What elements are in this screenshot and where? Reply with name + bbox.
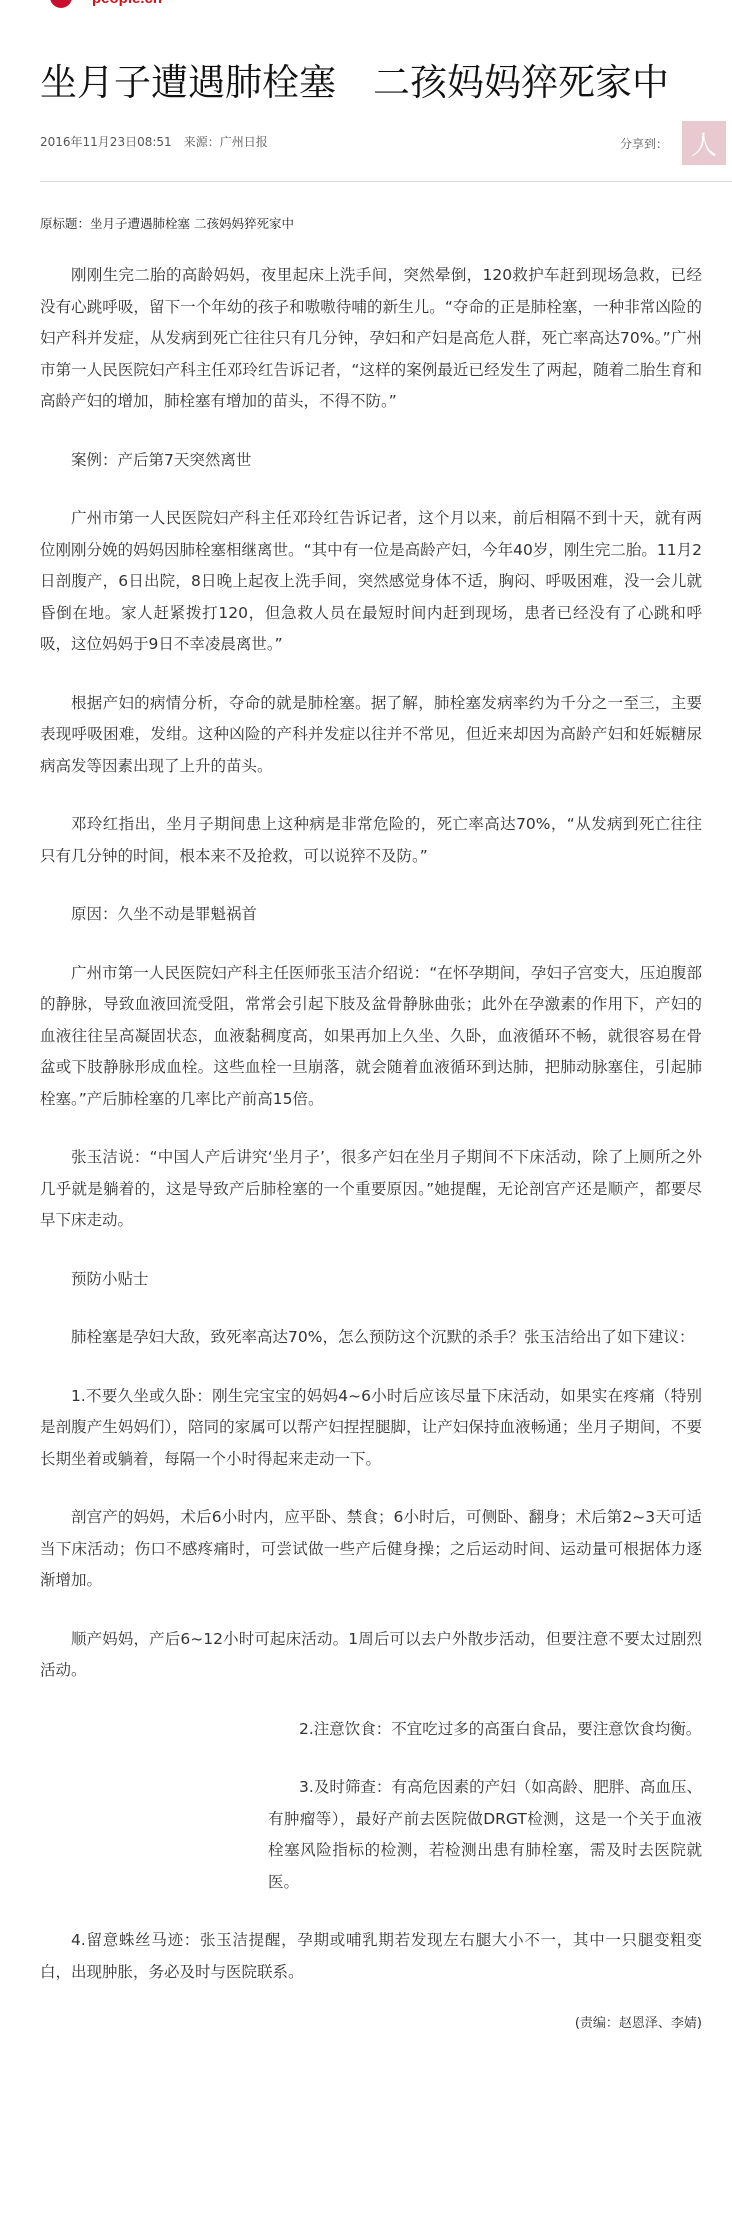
paragraph: 剖宫产的妈妈，术后6小时内，应平卧、禁食；6小时后，可侧卧、翻身；术后第2~3天… — [40, 1502, 702, 1597]
paragraph: 张玉洁说：“中国人产后讲究‘坐月子’，很多产妇在坐月子期间不下床活动，除了上厕所… — [40, 1142, 702, 1237]
people-daily-logo-icon — [50, 0, 72, 8]
section-heading: 原因：久坐不动是罪魁祸首 — [40, 899, 702, 931]
logo-text: people.cn — [92, 0, 162, 7]
tip-item: 2.注意饮食：不宜吃过多的高蛋白食品，要注意饮食均衡。 — [268, 1714, 702, 1746]
source-name: 广州日报 — [220, 135, 268, 149]
section-heading: 案例：产后第7天突然离世 — [40, 445, 702, 477]
original-title: 原标题：坐月子遭遇肺栓塞 二孩妈妈猝死家中 — [40, 214, 702, 232]
paragraph: 邓玲红指出，坐月子期间患上这种病是非常危险的，死亡率高达70%，“从发病到死亡往… — [40, 809, 702, 872]
editor-credit: (责编：赵恩泽、李婧) — [40, 2012, 702, 2031]
article-meta: 2016年11月23日08:51 来源：广州日报 — [40, 133, 268, 150]
header-divider — [40, 181, 732, 182]
article-body: 原标题：坐月子遭遇肺栓塞 二孩妈妈猝死家中 刚刚生完二胎的高龄妈妈，夜里起床上洗… — [40, 214, 702, 2031]
paragraph: 广州市第一人民医院妇产科主任医师张玉洁介绍说：“在怀孕期间，孕妇子宫变大，压迫腹… — [40, 958, 702, 1116]
paragraph: 顺产妈妈，产后6~12小时可起床活动。1周后可以去户外散步活动，但要注意不要太过… — [40, 1624, 702, 1687]
paragraph: 刚刚生完二胎的高龄妈妈，夜里起床上洗手间，突然晕倒，120救护车赶到现场急救，已… — [40, 260, 702, 418]
paragraph: 肺栓塞是孕妇大敌，致死率高达70%，怎么预防这个沉默的杀手？张玉洁给出了如下建议… — [40, 1322, 702, 1354]
paragraph: 广州市第一人民医院妇产科主任邓玲红告诉记者，这个月以来，前后相隔不到十天，就有两… — [40, 503, 702, 661]
site-logo[interactable]: people.cn — [50, 0, 162, 8]
share-people-button[interactable]: 人 — [682, 121, 726, 165]
share-bar: 分享到： 人 — [620, 121, 726, 165]
people-icon: 人 — [691, 125, 717, 162]
section-heading: 预防小贴士 — [40, 1264, 702, 1296]
article-title: 坐月子遭遇肺栓塞 二孩妈妈猝死家中 — [40, 52, 669, 106]
publish-datetime: 2016年11月23日08:51 — [40, 135, 172, 149]
tip-item: 4.留意蛛丝马迹：张玉洁提醒，孕期或哺乳期若发现左右腿大小不一，其中一只腿变粗变… — [40, 1925, 702, 1988]
share-label: 分享到： — [620, 135, 668, 152]
source-label: 来源： — [184, 135, 220, 149]
tip-item: 3.及时筛查：有高危因素的产妇（如高龄、肥胖、高血压、有肿瘤等），最好产前去医院… — [268, 1772, 702, 1898]
tip-item: 1.不要久坐或久卧：刚生完宝宝的妈妈4~6小时后应该尽量下床活动，如果实在疼痛（… — [40, 1381, 702, 1476]
paragraph: 根据产妇的病情分析，夺命的就是肺栓塞。据了解，肺栓塞发病率约为千分之一至三，主要… — [40, 688, 702, 783]
